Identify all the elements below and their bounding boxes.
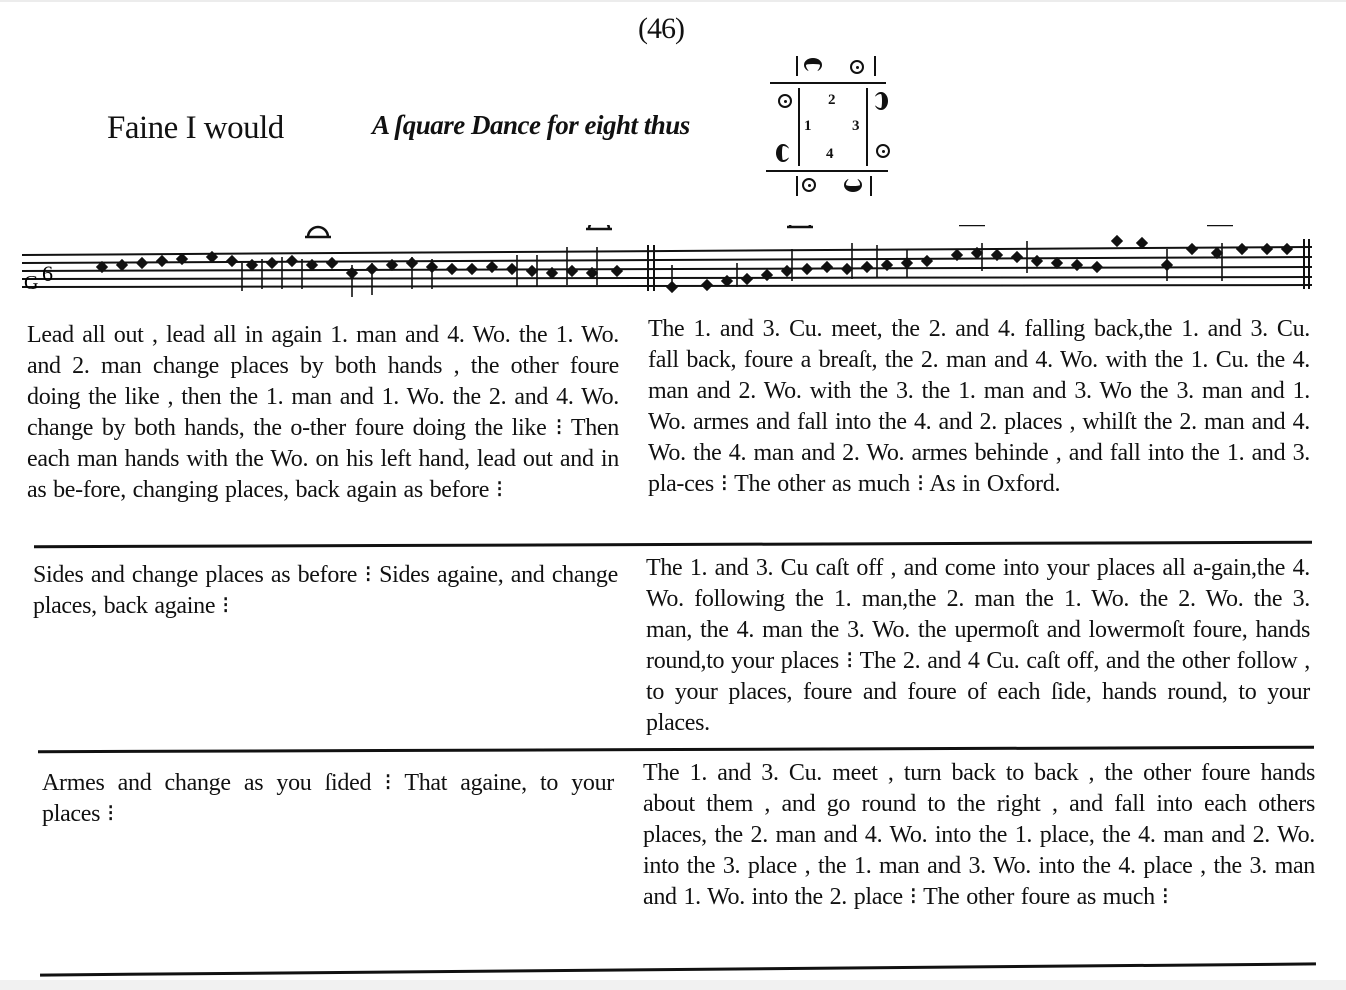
page-bottom-rule	[40, 962, 1316, 976]
couple-number-2: 2	[828, 92, 836, 109]
man-symbol-icon	[844, 178, 862, 192]
section-divider	[38, 746, 1314, 753]
page-number: (46)	[638, 12, 684, 46]
diagram-left-rule	[798, 88, 800, 166]
man-symbol-icon	[776, 144, 790, 162]
couple-number-3: 3	[852, 118, 860, 135]
time-signature: 6	[42, 261, 53, 286]
figure-3-right-text: The 1. and 3. Cu. meet , turn back to ba…	[643, 758, 1315, 913]
woman-symbol-icon	[778, 94, 792, 108]
couple-number-4: 4	[826, 146, 834, 163]
woman-symbol-icon	[802, 178, 816, 192]
diagram-tick	[870, 176, 872, 196]
fermata-icons	[305, 225, 1233, 237]
section-divider	[34, 541, 1312, 548]
figure-1-left-text: Lead all out , lead all in again 1. man …	[27, 320, 619, 506]
figure-2-right-text: The 1. and 3. Cu caſt off , and come int…	[646, 553, 1310, 739]
diagram-bottom-rule	[766, 170, 888, 172]
figure-1-right-text: The 1. and 3. Cu. meet, the 2. and 4. fa…	[648, 314, 1310, 500]
diagram-top-rule	[770, 82, 886, 84]
couple-number-1: 1	[804, 118, 812, 135]
diagram-tick	[796, 56, 798, 76]
diagram-tick	[796, 176, 798, 196]
diagram-tick	[874, 56, 876, 76]
page-top-edge	[0, 0, 1346, 2]
figure-3-left-text: Armes and change as you ſided ⁝ That aga…	[42, 768, 614, 830]
man-symbol-icon	[874, 92, 888, 110]
notes	[97, 236, 1292, 292]
man-symbol-icon	[804, 58, 822, 72]
clef-mark: G	[24, 272, 38, 294]
formation-diagram: 2 1 3 4	[766, 52, 896, 202]
tune-title: Faine I would	[107, 110, 284, 147]
diagram-right-rule	[866, 88, 868, 166]
page-bottom-edge	[0, 980, 1346, 990]
woman-symbol-icon	[876, 144, 890, 158]
woman-symbol-icon	[850, 60, 864, 74]
figure-2-left-text: Sides and change places as before ⁝ Side…	[33, 560, 618, 622]
music-staff: G 6	[22, 225, 1314, 300]
dance-subtitle: A ſquare Dance for eight thus	[372, 110, 690, 141]
